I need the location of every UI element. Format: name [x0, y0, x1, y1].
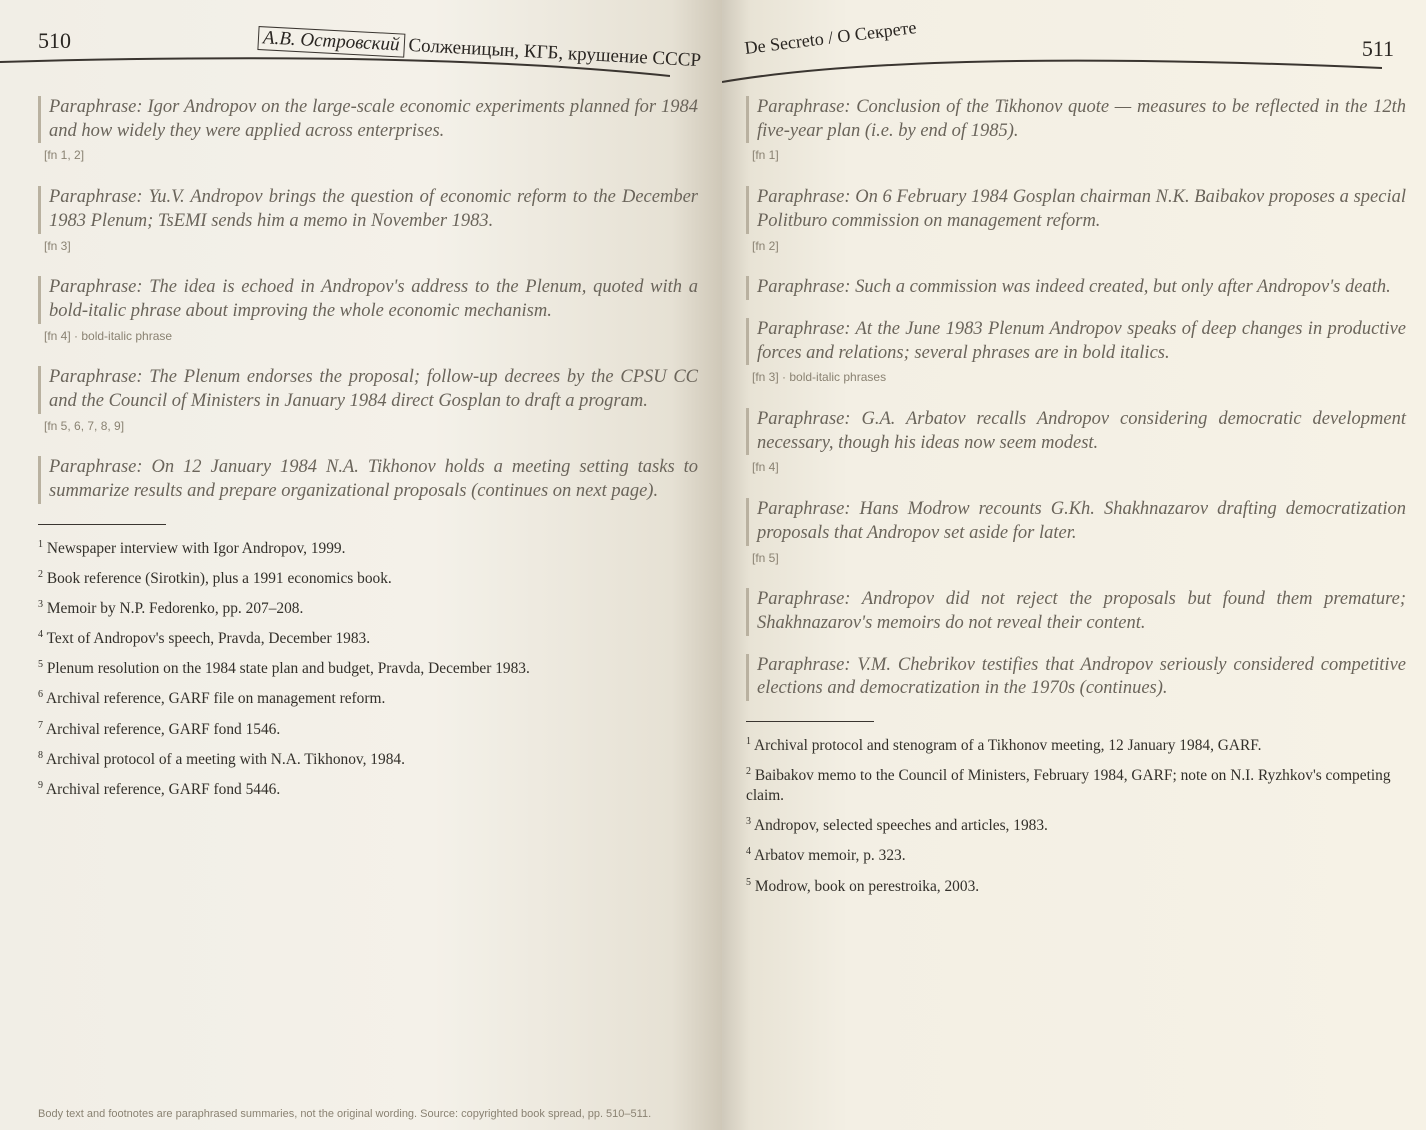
paragraph-summary: Paraphrase: The Plenum endorses the prop…	[38, 366, 698, 413]
paragraph-summary: Paraphrase: Conclusion of the Tikhonov q…	[746, 96, 1406, 143]
content-notice: Body text and footnotes are paraphrased …	[38, 1108, 1412, 1120]
paragraph-summary: Paraphrase: G.A. Arbatov recalls Andropo…	[746, 408, 1406, 455]
footnote-summary: Archival reference, GARF fond 1546.	[43, 721, 280, 738]
left-footnotes: 1 Newspaper interview with Igor Andropov…	[38, 535, 698, 800]
footnote-summary: Modrow, book on perestroika, 2003.	[751, 878, 979, 895]
footnote-refs: [fn 4] · bold-italic phrase	[44, 329, 172, 343]
footnote-refs: [fn 1, 2]	[44, 148, 84, 162]
footnote-refs: [fn 2]	[752, 239, 779, 253]
footnote-summary: Arbatov memoir, p. 323.	[751, 848, 906, 865]
footnote: 7 Archival reference, GARF fond 1546.	[38, 716, 698, 740]
paragraph: Paraphrase: The Plenum endorses the prop…	[38, 362, 698, 442]
footnote-summary: Text of Andropov's speech, Pravda, Decem…	[43, 630, 370, 647]
paragraph-summary: Paraphrase: On 12 January 1984 N.A. Tikh…	[38, 456, 698, 503]
footnote-summary: Plenum resolution on the 1984 state plan…	[43, 660, 530, 677]
footnote: 4 Text of Andropov's speech, Pravda, Dec…	[38, 625, 698, 649]
footnote: 6 Archival reference, GARF file on manag…	[38, 685, 698, 709]
right-body-text: Paraphrase: Conclusion of the Tikhonov q…	[746, 92, 1406, 705]
author-name-boxed: А.В. Островский	[258, 26, 406, 58]
paragraph-summary: Paraphrase: At the June 1983 Plenum Andr…	[746, 318, 1406, 365]
paragraph: Paraphrase: The idea is echoed in Androp…	[38, 272, 698, 352]
right-running-head: De Secreto / О Секрете 511	[746, 26, 1406, 70]
paragraph: Paraphrase: On 12 January 1984 N.A. Tikh…	[38, 452, 698, 507]
paragraph-summary: Paraphrase: V.M. Chebrikov testifies tha…	[746, 654, 1406, 701]
footnote-summary: Archival reference, GARF fond 5446.	[43, 781, 280, 798]
footnote-refs: [fn 3] · bold-italic phrases	[752, 370, 886, 384]
left-body-text: Paraphrase: Igor Andropov on the large-s…	[38, 92, 698, 508]
running-head-title: А.В. Островский Солженицын, КГБ, крушени…	[258, 26, 702, 73]
footnote: 3 Memoir by N.P. Fedorenko, pp. 207–208.	[38, 595, 698, 619]
footnote-summary: Archival protocol of a meeting with N.A.…	[43, 751, 405, 768]
paragraph: Paraphrase: Such a commission was indeed…	[746, 272, 1406, 304]
footnote-separator	[746, 721, 874, 722]
paragraph-summary: Paraphrase: Hans Modrow recounts G.Kh. S…	[746, 498, 1406, 545]
book-spread: 510 А.В. Островский Солженицын, КГБ, кру…	[0, 0, 1426, 1130]
footnote: 3 Andropov, selected speeches and articl…	[746, 812, 1406, 836]
page-number: 510	[38, 26, 71, 56]
footnote-refs: [fn 5, 6, 7, 8, 9]	[44, 419, 124, 433]
footnote-summary: Baibakov memo to the Council of Minister…	[746, 767, 1391, 804]
footnote: 1 Archival protocol and stenogram of a T…	[746, 732, 1406, 756]
paragraph: Paraphrase: Conclusion of the Tikhonov q…	[746, 92, 1406, 172]
paragraph-summary: Paraphrase: Such a commission was indeed…	[746, 276, 1391, 300]
footnote-refs: [fn 3]	[44, 239, 71, 253]
book-title: Солженицын, КГБ, крушение СССР	[408, 35, 702, 72]
paragraph-summary: Paraphrase: Igor Andropov on the large-s…	[38, 96, 698, 143]
footnote: 8 Archival protocol of a meeting with N.…	[38, 746, 698, 770]
footnote-summary: Book reference (Sirotkin), plus a 1991 e…	[43, 570, 392, 587]
footnote-refs: [fn 1]	[752, 148, 779, 162]
footnote: 5 Plenum resolution on the 1984 state pl…	[38, 655, 698, 679]
paragraph-summary: Paraphrase: Andropov did not reject the …	[746, 588, 1406, 635]
right-footnotes: 1 Archival protocol and stenogram of a T…	[746, 732, 1406, 897]
footnote-refs: [fn 4]	[752, 460, 779, 474]
paragraph: Paraphrase: On 6 February 1984 Gosplan c…	[746, 182, 1406, 262]
footnote: 9 Archival reference, GARF fond 5446.	[38, 776, 698, 800]
paragraph: Paraphrase: Igor Andropov on the large-s…	[38, 92, 698, 172]
paragraph: Paraphrase: V.M. Chebrikov testifies tha…	[746, 650, 1406, 705]
footnote-summary: Archival reference, GARF file on managem…	[43, 691, 385, 708]
paragraph-summary: Paraphrase: Yu.V. Andropov brings the qu…	[38, 186, 698, 233]
right-page: De Secreto / О Секрете 511 Paraphrase: C…	[722, 0, 1426, 1130]
footnote-separator	[38, 524, 166, 525]
series-title: De Secreto / О Секрете	[743, 17, 917, 59]
left-running-head: 510 А.В. Островский Солженицын, КГБ, кру…	[38, 26, 708, 70]
paragraph: Paraphrase: Hans Modrow recounts G.Kh. S…	[746, 494, 1406, 574]
footnote: 1 Newspaper interview with Igor Andropov…	[38, 535, 698, 559]
footnote-refs: [fn 5]	[752, 551, 779, 565]
footnote-summary: Memoir by N.P. Fedorenko, pp. 207–208.	[43, 600, 303, 617]
footnote: 5 Modrow, book on perestroika, 2003.	[746, 873, 1406, 897]
page-number: 511	[1362, 34, 1394, 64]
footnote: 4 Arbatov memoir, p. 323.	[746, 842, 1406, 866]
footnote: 2 Book reference (Sirotkin), plus a 1991…	[38, 565, 698, 589]
paragraph: Paraphrase: Andropov did not reject the …	[746, 584, 1406, 639]
paragraph: Paraphrase: Yu.V. Andropov brings the qu…	[38, 182, 698, 262]
paragraph: Paraphrase: G.A. Arbatov recalls Andropo…	[746, 404, 1406, 484]
footnote-summary: Newspaper interview with Igor Andropov, …	[43, 540, 345, 557]
footnote: 2 Baibakov memo to the Council of Minist…	[746, 762, 1406, 806]
footnote-summary: Andropov, selected speeches and articles…	[751, 817, 1048, 834]
footnote-summary: Archival protocol and stenogram of a Tik…	[751, 737, 1261, 754]
paragraph: Paraphrase: At the June 1983 Plenum Andr…	[746, 314, 1406, 394]
left-page: 510 А.В. Островский Солженицын, КГБ, кру…	[0, 0, 722, 1130]
paragraph-summary: Paraphrase: On 6 February 1984 Gosplan c…	[746, 186, 1406, 233]
paragraph-summary: Paraphrase: The idea is echoed in Androp…	[38, 276, 698, 323]
